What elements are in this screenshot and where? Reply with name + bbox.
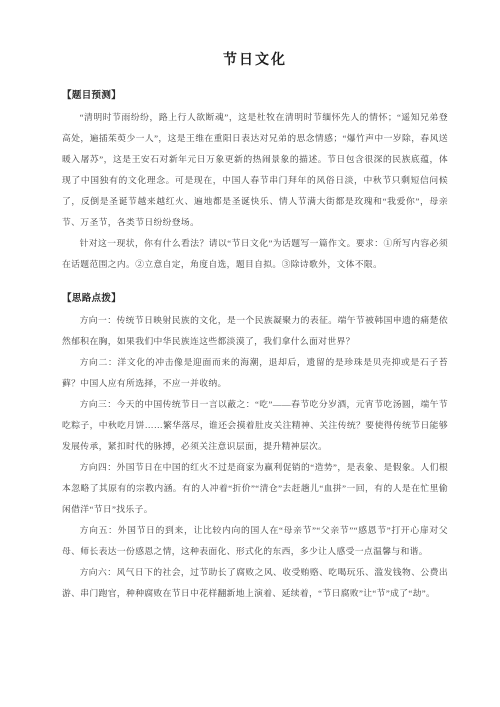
- document-page: 节日文化 【题目预测】 “清明时节雨纷纷，路上行人欲断魂”，这是杜牧在清明时节缅…: [0, 0, 500, 707]
- page-title: 节日文化: [62, 50, 448, 68]
- guidance-direction-1: 方向一：传统节日映射民族的文化，是一个民族凝聚力的表征。端午节被韩国申遗的痛楚依…: [62, 310, 448, 352]
- guidance-direction-5: 方向五：外国节日的到来，让比较内向的国人在“母亲节”“父亲节”“感恩节”打开心扉…: [62, 520, 448, 562]
- guidance-direction-6: 方向六：风气日下的社会，过节助长了腐败之风、收受贿赂、吃喝玩乐、滥发钱物、公费出…: [62, 562, 448, 604]
- section-header-idea-guidance: 【思路点拨】: [62, 289, 448, 310]
- prediction-paragraph-task: 针对这一现状，你有什么看法？请以“节日文化”为话题写一篇作文。要求：①所写内容必…: [62, 233, 448, 275]
- guidance-direction-4: 方向四：外国节日在中国的红火不过是商家为赢利促销的“造势”，是表象、是假象。人们…: [62, 457, 448, 520]
- section-header-topic-prediction: 【题目预测】: [62, 86, 448, 107]
- prediction-paragraph-intro: “清明时节雨纷纷，路上行人欲断魂”，这是杜牧在清明时节缅怀先人的情怀；“遥知兄弟…: [62, 107, 448, 233]
- guidance-direction-2: 方向二：洋文化的冲击像是迎面而来的海潮，退却后，遗留的是珍珠是贝壳抑或是石子苔藓…: [62, 352, 448, 394]
- guidance-direction-3: 方向三：今天的中国传统节日一言以蔽之：“吃”——春节吃分岁酒，元宵节吃汤圆，端午…: [62, 394, 448, 457]
